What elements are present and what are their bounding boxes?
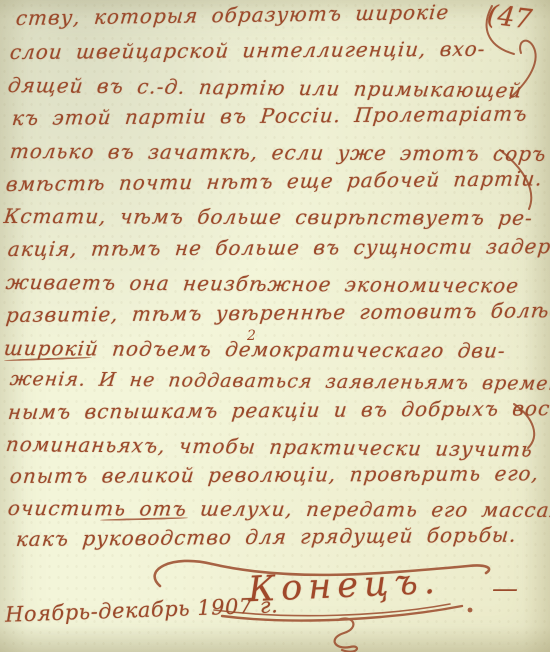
- manuscript-line: слои швейцарской интеллигенціи, вхо-: [9, 37, 487, 64]
- manuscript-line: женія. И не поддаваться заявленьямъ врем…: [9, 368, 550, 395]
- manuscript-line: вмѣстѣ почти нѣтъ еще рабочей партіи.: [5, 166, 544, 196]
- manuscript-line: опытъ великой революціи, провѣрить его,: [9, 461, 540, 488]
- manuscript-line: нымъ вспышкамъ реакціи и въ добрыхъ вос-: [7, 396, 550, 424]
- manuscript-line: очистить отъ шелухи, передать его массам…: [7, 496, 550, 522]
- date-line: Ноябрь-декабрь 1907 г.: [5, 593, 279, 627]
- manuscript-line: только въ зачаткѣ, если уже этотъ соръ: [9, 139, 548, 166]
- manuscript-page: ству, которыя образуютъ широкіе слои шве…: [0, 0, 550, 652]
- correction-mark: 2: [247, 328, 256, 344]
- manuscript-line: развитіе, тѣмъ увѣреннѣе готовитъ болѣе: [5, 298, 550, 327]
- manuscript-line: акція, тѣмъ не больше въ сущности задер-: [7, 234, 550, 261]
- manuscript-line: ству, которыя образуютъ широкіе: [15, 0, 451, 30]
- manuscript-line: какъ руководство для грядущей борьбы.: [15, 523, 518, 551]
- page-number: (47: [485, 0, 533, 36]
- trailing-dash: —: [492, 574, 518, 604]
- signature-period-dot: [468, 608, 473, 613]
- manuscript-line: дящей въ с.-д. партію или примыкающей: [7, 73, 524, 102]
- manuscript-line: живаетъ она неизбѣжное экономическое: [5, 270, 521, 298]
- manuscript-line: поминаньяхъ, чтобы практически изучить: [5, 432, 535, 461]
- manuscript-line: къ этой партіи въ Россіи. Пролетаріатъ: [11, 101, 529, 130]
- signature-curl: [335, 619, 357, 652]
- manuscript-line: Кстати, чѣмъ больше свирѣпствуетъ ре-: [3, 204, 534, 230]
